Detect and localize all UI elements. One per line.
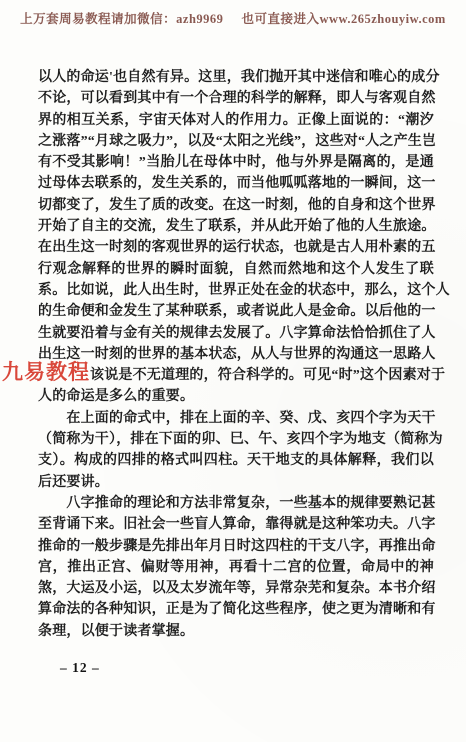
body-line: 出生这一时刻的世界的基本状态，从人与世界的沟通这一思路人 [38, 344, 434, 365]
body-line-text: 该说是不无道理的，符合科学的。可见“时”这个因素对于 [90, 365, 434, 386]
header-url-text: 也可直接进入www.265zhouyiw.com [241, 9, 445, 27]
header-banner: 上万套周易教程请加微信：azh9969 也可直接进入www.265zhouyiw… [0, 9, 466, 27]
body-line: 的生命便和金发生了某种联系，或者说此人是金命。以后他的一 [38, 301, 434, 322]
body-line: 宫，推出正宫、偏财等用神，再看十二宫的位置，命局中的神 [38, 557, 434, 578]
body-text: 以人的命运'也自然有异。这里，我们抛开其中迷信和唯心的成分不论，可以看到其中有一… [38, 67, 434, 642]
body-line: 人的命运是多么的重要。 [38, 386, 434, 407]
body-line: 行观念解释的世界的瞬时面貌，自然而然地和这个人发生了联 [38, 259, 434, 280]
paragraph: 以人的命运'也自然有异。这里，我们抛开其中迷信和唯心的成分不论，可以看到其中有一… [38, 67, 434, 408]
body-line: 条理，以便于读者掌握。 [38, 621, 434, 642]
body-line: （简称为干），排在下面的卯、巳、午、亥四个字为地支（简称为 [38, 429, 434, 450]
paragraph: 在上面的命式中，排在上面的辛、癸、戊、亥四个字为天干（简称为干），排在下面的卯、… [38, 408, 434, 493]
body-line: 支）。构成的四排的格式叫四柱。天干地支的具体解释，我们以 [38, 450, 434, 471]
body-line: 八字推命的理论和方法非常复杂，一些基本的规律要熟记甚 [38, 493, 434, 514]
body-line: 以人的命运'也自然有异。这里，我们抛开其中迷信和唯心的成分 [38, 67, 434, 88]
watermark-logo: 九易教程 [2, 362, 90, 383]
body-line: 算命法的各种知识，正是为了简化这些程序，使之更为清晰和有 [38, 599, 434, 620]
body-line: 系。比如说，此人出生时，世界正处在金的状态中，那么，这个人 [38, 280, 434, 301]
body-line: 开始了自主的交流，发生了联系，并从此开始了他的人生旅途。 [38, 216, 434, 237]
body-line: 至背诵下来。旧社会一些盲人算命，靠得就是这种笨功夫。八字 [38, 514, 434, 535]
body-line: 在上面的命式中，排在上面的辛、癸、戊、亥四个字为天干 [38, 408, 434, 429]
body-line: 生就要沿着与金有关的规律去发展了。八字算命法恰恰抓住了人 [38, 323, 434, 344]
body-line: 后还要讲。 [38, 472, 434, 493]
body-line: 煞，大运及小运，以及太岁流年等，异常杂芜和复杂。本书介绍 [38, 578, 434, 599]
body-line: 九易教程该说是不无道理的，符合科学的。可见“时”这个因素对于 [38, 365, 434, 386]
header-wechat-text: 上万套周易教程请加微信：azh9969 [20, 9, 223, 27]
body-line: 推命的一般步骤是先排出年月日时这四柱的干支八字，再推出命 [38, 536, 434, 557]
body-line: 切都变了，发生了质的改变。在这一时刻，他的自身和这个世界 [38, 195, 434, 216]
body-line: 有不受其影响！”当胎儿在母体中时，他与外界是隔离的，是通 [38, 152, 434, 173]
body-line: 过母体去联系的，发生关系的，而当他呱呱落地的一瞬间，这一 [38, 173, 434, 194]
page-number: – 12 – [60, 660, 100, 676]
body-line: 不论，可以看到其中有一个合理的科学的解释，即人与客观自然 [38, 88, 434, 109]
scanned-book-page: 上万套周易教程请加微信：azh9969 也可直接进入www.265zhouyiw… [0, 0, 466, 742]
paragraph: 八字推命的理论和方法非常复杂，一些基本的规律要熟记甚至背诵下来。旧社会一些盲人算… [38, 493, 434, 642]
body-line: 在出生这一时刻的客观世界的运行状态，也就是古人用朴素的五 [38, 237, 434, 258]
body-line: 界的相互关系，宇宙天体对人的作用力。正像上面说的：“潮汐 [38, 110, 434, 131]
body-line: 之涨落”“月球之吸力”，以及“太阳之光线”，这些对“人之产生岂 [38, 131, 434, 152]
